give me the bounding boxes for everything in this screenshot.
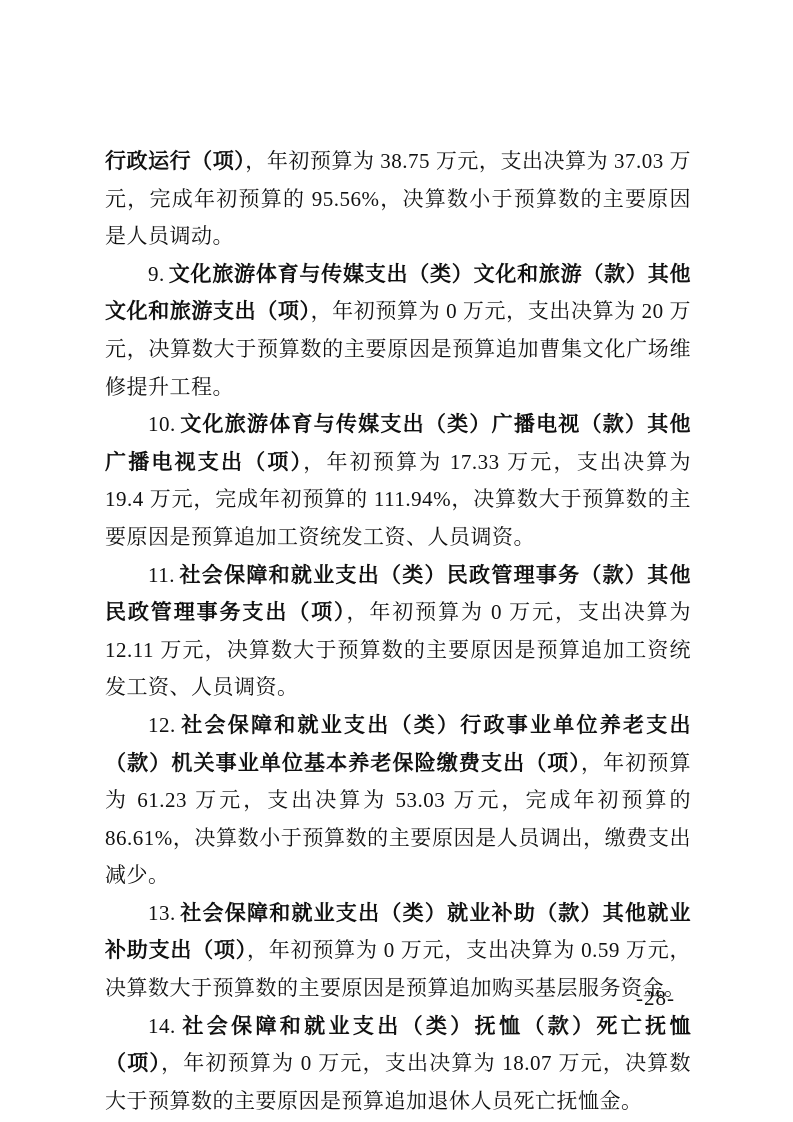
item-number: 11. bbox=[148, 563, 175, 587]
item-number: 9. bbox=[148, 262, 165, 286]
document-page: 行政运行（项），年初预算为 38.75 万元，支出决算为 37.03 万元，完成… bbox=[0, 0, 793, 1122]
item-number: 14. bbox=[148, 1014, 176, 1038]
page-number: -28- bbox=[636, 986, 675, 1011]
item-body: ，年初预算为 0 万元，支出决算为 18.07 万元，决算数大于预算数的主要原因… bbox=[105, 1051, 691, 1113]
paragraph-continuation: 行政运行（项），年初预算为 38.75 万元，支出决算为 37.03 万元，完成… bbox=[105, 143, 691, 256]
item-title: 行政运行（项） bbox=[105, 149, 245, 173]
paragraph-item-14: 14.社会保障和就业支出（类）抚恤（款）死亡抚恤（项），年初预算为 0 万元，支… bbox=[105, 1008, 691, 1121]
item-number: 12. bbox=[148, 713, 176, 737]
paragraph-item-13: 13.社会保障和就业支出（类）就业补助（款）其他就业补助支出（项），年初预算为 … bbox=[105, 895, 691, 1008]
paragraph-item-12: 12.社会保障和就业支出（类）行政事业单位养老支出（款）机关事业单位基本养老保险… bbox=[105, 707, 691, 895]
paragraph-item-11: 11.社会保障和就业支出（类）民政管理事务（款）其他民政管理事务支出（项），年初… bbox=[105, 557, 691, 707]
paragraph-item-9: 9.文化旅游体育与传媒支出（类）文化和旅游（款）其他文化和旅游支出（项），年初预… bbox=[105, 256, 691, 406]
document-body: 行政运行（项），年初预算为 38.75 万元，支出决算为 37.03 万元，完成… bbox=[105, 143, 691, 1120]
item-number: 10. bbox=[148, 412, 176, 436]
item-number: 13. bbox=[148, 901, 176, 925]
paragraph-item-10: 10.文化旅游体育与传媒支出（类）广播电视（款）其他广播电视支出（项），年初预算… bbox=[105, 406, 691, 556]
